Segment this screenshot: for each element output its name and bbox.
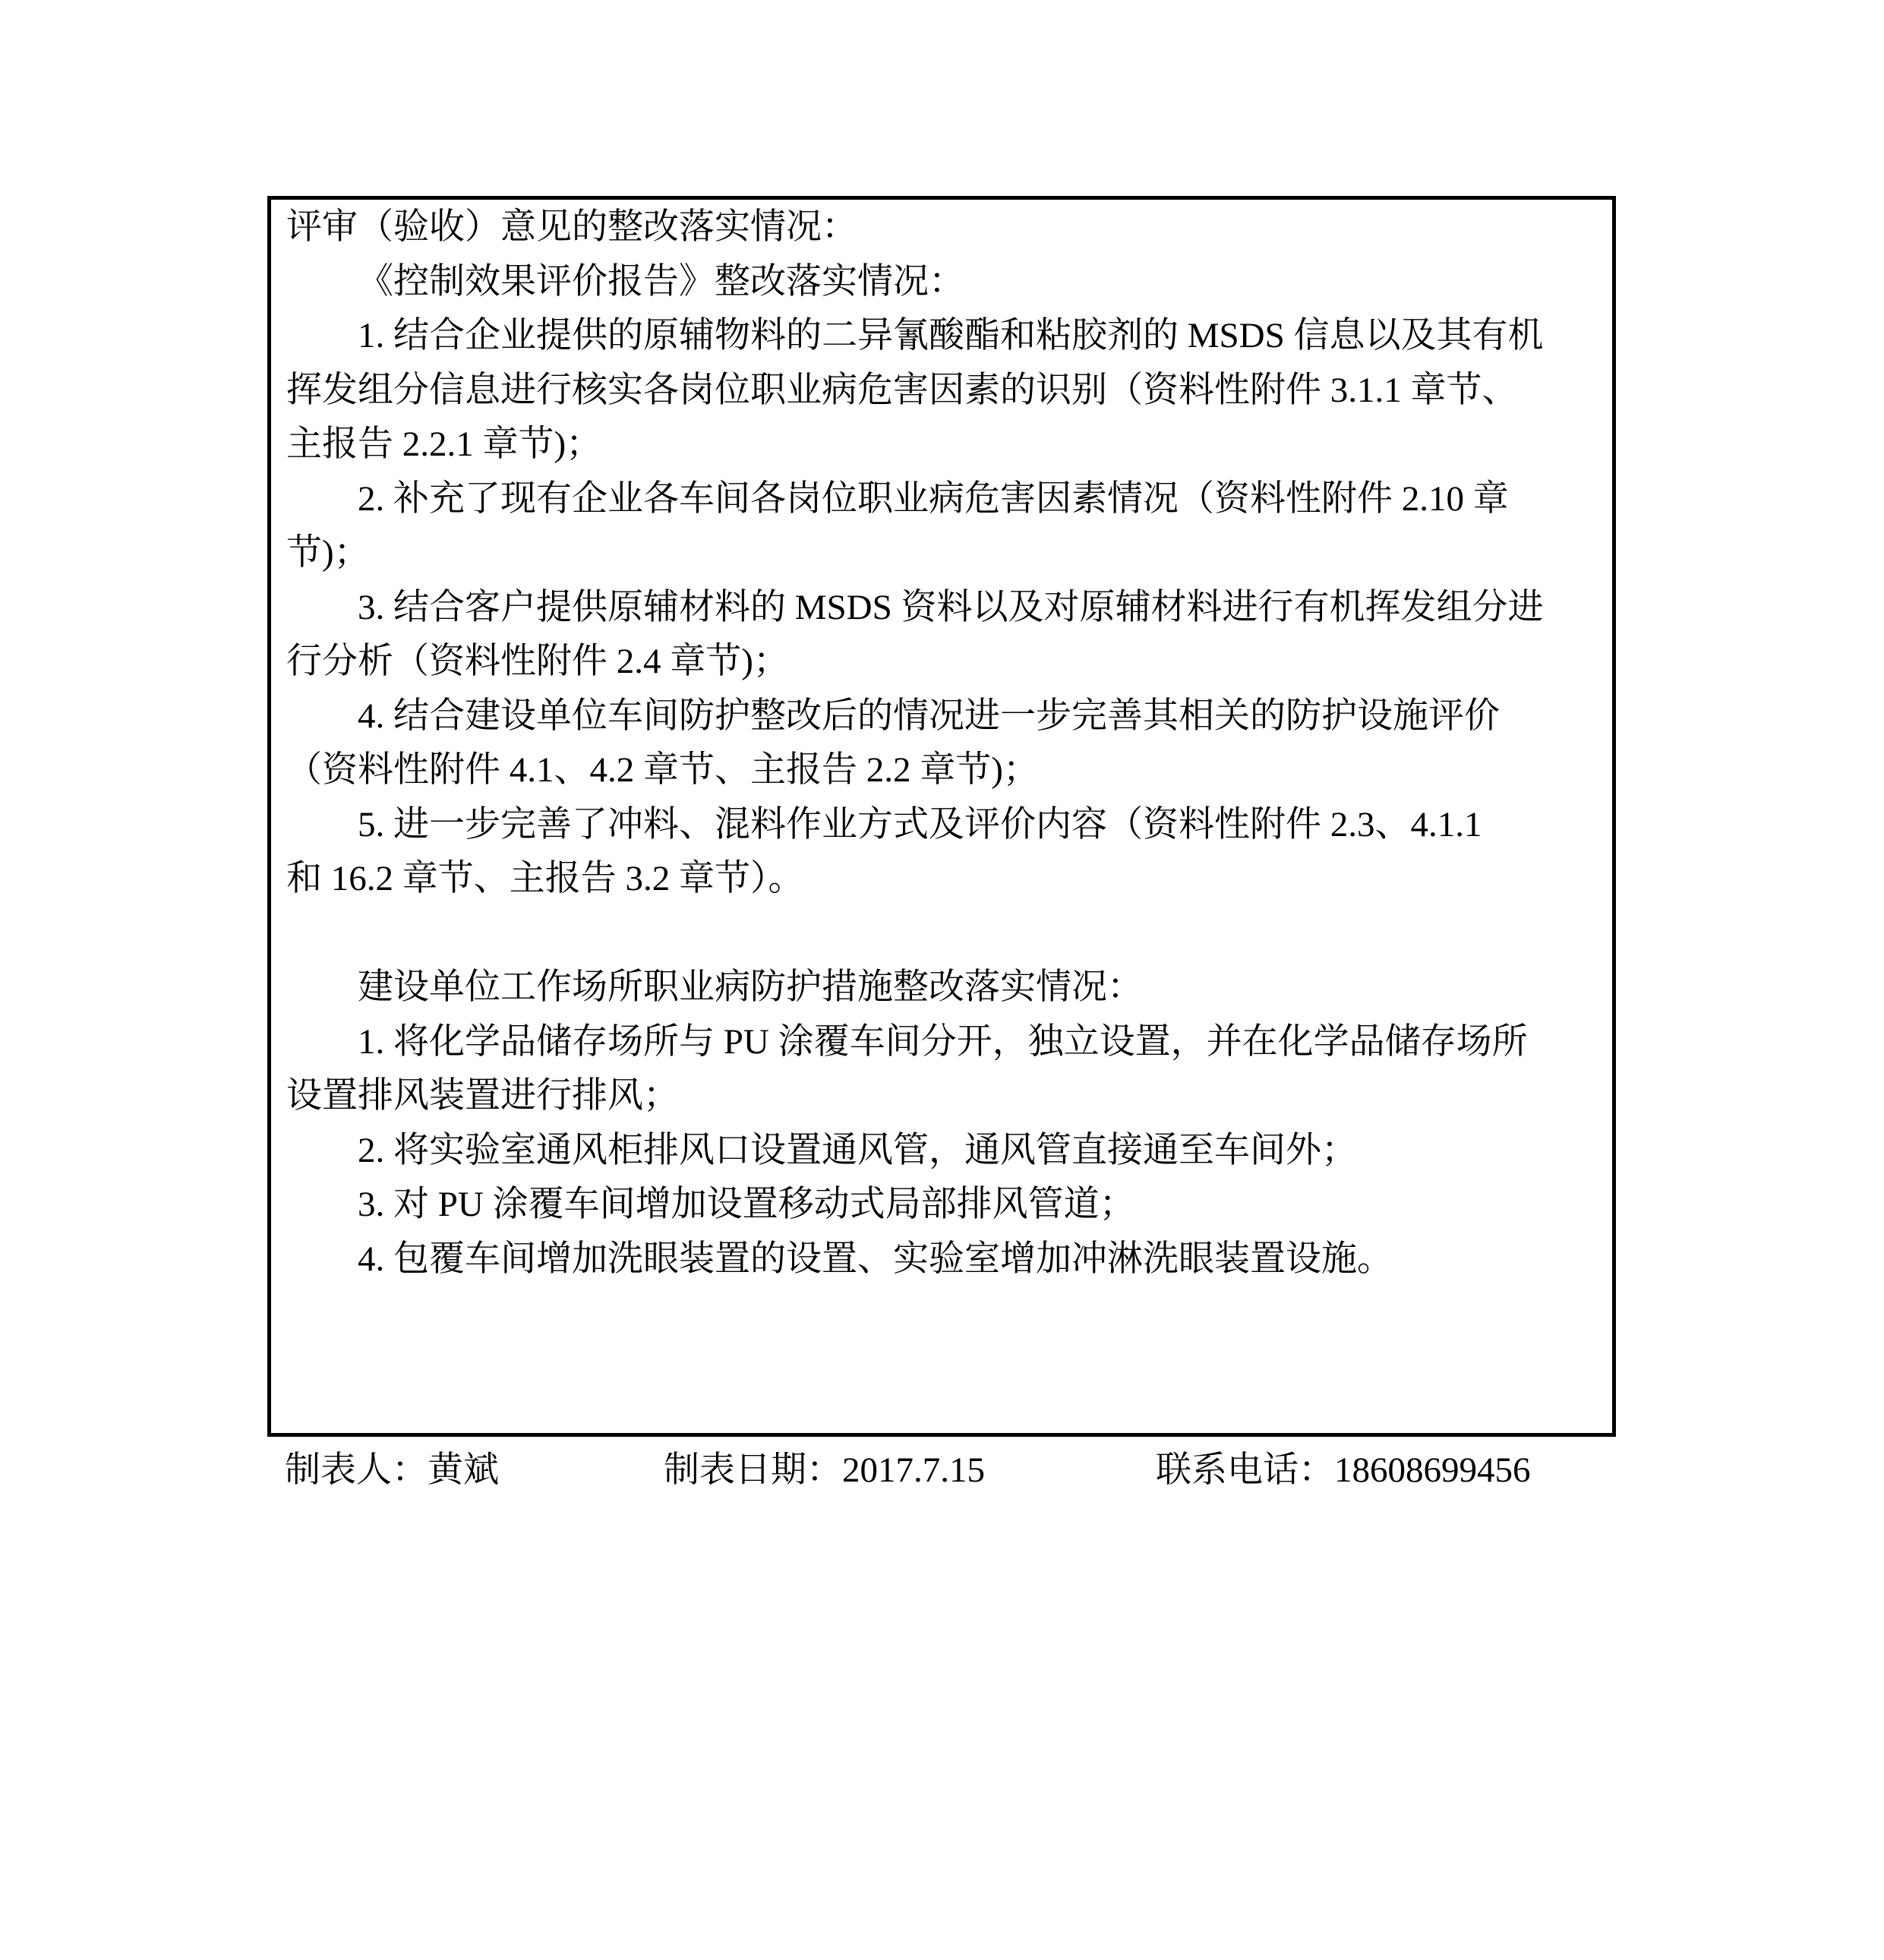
footer-creator-label: 制表人： bbox=[285, 1450, 428, 1490]
text-line: 2. 补充了现有企业各车间各岗位职业病危害因素情况（资料性附件 2.10 章 bbox=[286, 472, 1597, 527]
text-line: 2. 将实验室通风柜排风口设置通风管，通风管直接通至车间外； bbox=[286, 1124, 1597, 1179]
text-line: 设置排风装置进行排风； bbox=[286, 1069, 1597, 1124]
text-line: 行分析（资料性附件 2.4 章节)； bbox=[286, 635, 1597, 690]
text-line: 4. 结合建设单位车间防护整改后的情况进一步完善其相关的防护设施评价 bbox=[286, 690, 1597, 744]
text-line: （资料性附件 4.1、4.2 章节、主报告 2.2 章节)； bbox=[286, 743, 1597, 798]
text-line: 1. 结合企业提供的原辅物料的二异氰酸酯和粘胶剂的 MSDS 信息以及其有机 bbox=[286, 309, 1597, 364]
text-line: 1. 将化学品储存场所与 PU 涂覆车间分开，独立设置，并在化学品储存场所 bbox=[286, 1015, 1597, 1070]
text-line: 和 16.2 章节、主报告 3.2 章节）。 bbox=[286, 852, 1597, 907]
text-line: 《控制效果评价报告》整改落实情况： bbox=[286, 255, 1597, 310]
footer-date: 制表日期：2017.7.15 bbox=[664, 1447, 985, 1494]
text-line: 4. 包覆车间增加洗眼装置的设置、实验室增加冲淋洗眼装置设施。 bbox=[286, 1232, 1597, 1287]
footer-date-value: 2017.7.15 bbox=[842, 1450, 985, 1490]
text-line: 挥发组分信息进行核实各岗位职业病危害因素的识别（资料性附件 3.1.1 章节、 bbox=[286, 364, 1597, 418]
text-line: 5. 进一步完善了冲料、混料作业方式及评价内容（资料性附件 2.3、4.1.1 bbox=[286, 798, 1597, 853]
footer-creator-value: 黄斌 bbox=[428, 1450, 499, 1490]
footer-phone-value: 18608699456 bbox=[1334, 1450, 1531, 1490]
footer-row: 制表人：黄斌 制表日期：2017.7.15 联系电话：18608699456 bbox=[0, 1447, 1884, 1494]
footer-phone: 联系电话：18608699456 bbox=[1156, 1447, 1531, 1494]
review-box: 评审（验收）意见的整改落实情况：《控制效果评价报告》整改落实情况：1. 结合企业… bbox=[267, 196, 1616, 1437]
footer-date-label: 制表日期： bbox=[664, 1450, 842, 1490]
text-line: 3. 对 PU 涂覆车间增加设置移动式局部排风管道； bbox=[286, 1178, 1597, 1232]
text-line: 主报告 2.2.1 章节)； bbox=[286, 418, 1597, 472]
review-text: 评审（验收）意见的整改落实情况：《控制效果评价报告》整改落实情况：1. 结合企业… bbox=[271, 200, 1612, 1286]
text-line bbox=[286, 907, 1597, 961]
text-line: 评审（验收）意见的整改落实情况： bbox=[286, 200, 1597, 255]
footer-creator: 制表人：黄斌 bbox=[285, 1447, 499, 1494]
text-line: 3. 结合客户提供原辅材料的 MSDS 资料以及对原辅材料进行有机挥发组分进 bbox=[286, 581, 1597, 636]
text-line: 建设单位工作场所职业病防护措施整改落实情况： bbox=[286, 961, 1597, 1015]
text-line: 节)； bbox=[286, 526, 1597, 581]
footer-phone-label: 联系电话： bbox=[1156, 1450, 1334, 1490]
